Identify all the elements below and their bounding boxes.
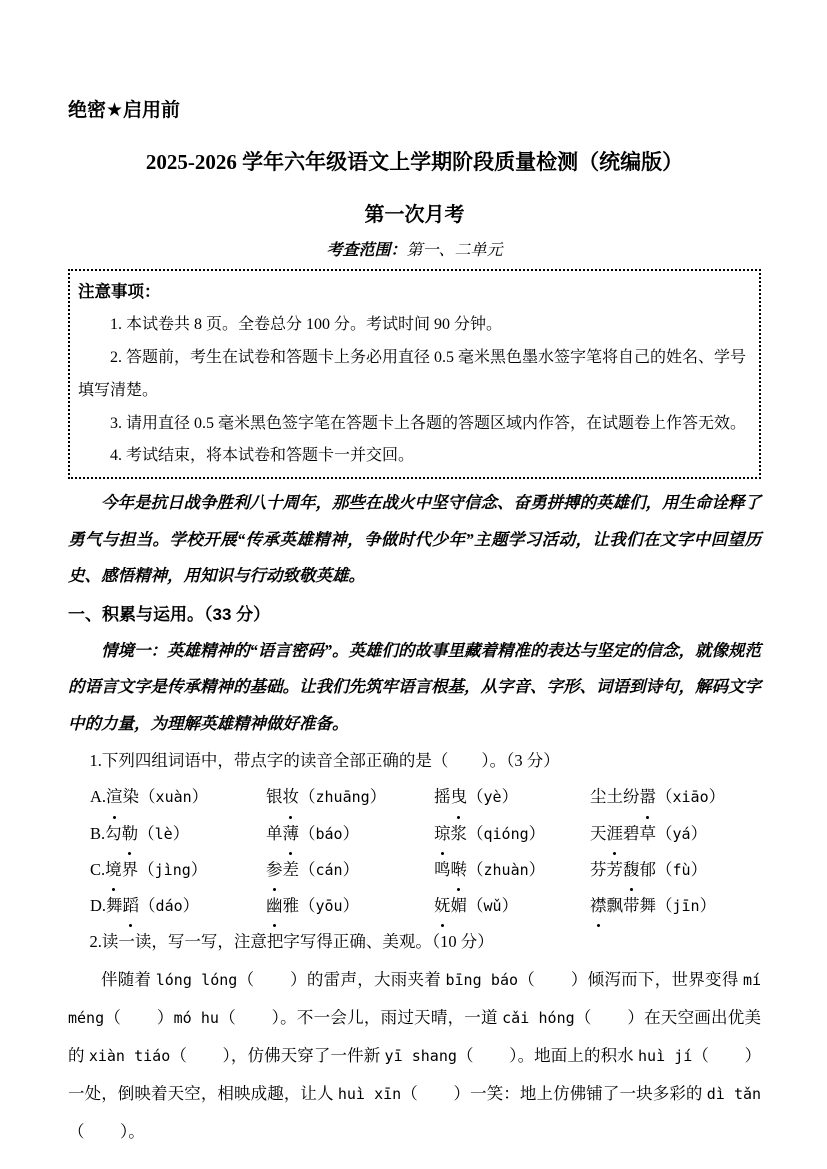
option-row-c: C.境界（jìng）参差（cán）鸣啭（zhuàn）芬芳馥郁（fù） <box>90 852 761 888</box>
answer-blank: （） <box>104 1008 173 1027</box>
answer-blank: （） <box>518 970 588 989</box>
question1-stem: 1.下列四组词语中，带点字的读音全部正确的是（ ）。（3 分） <box>68 743 761 780</box>
emphasis-dot-char: 渲 <box>106 779 123 815</box>
notice-item-4: 4. 考试结束，将本试卷和答题卡一并交回。 <box>78 440 751 473</box>
answer-blank: （） <box>68 1122 128 1141</box>
word-item: 琼浆（qióng） <box>434 816 590 852</box>
answer-blank: （） <box>237 970 307 989</box>
word-item: 参差（cán） <box>266 852 434 888</box>
pinyin-text: mó hu <box>174 1009 219 1027</box>
answer-blank: （） <box>457 1046 518 1065</box>
word-item: 妩媚（wǔ） <box>434 888 590 924</box>
pinyin-text: fù <box>673 861 691 879</box>
section1-heading: 一、积累与运用。（33 分） <box>68 597 761 633</box>
notice-box: 注意事项： 1. 本试卷共 8 页。全卷总分 100 分。考试时间 90 分钟。… <box>68 269 761 479</box>
emphasis-dot-char: 嚣 <box>640 779 657 815</box>
pinyin-text: cǎi hóng <box>502 1009 575 1027</box>
option-label: C. <box>90 860 105 879</box>
notice-heading: 注意事项： <box>78 276 751 309</box>
pinyin-text: jìng <box>155 861 191 879</box>
secret-label: 绝密★启用前 <box>68 100 761 123</box>
answer-blank: （） <box>575 1008 644 1027</box>
pinyin-text: zhuāng <box>316 788 370 806</box>
exam-title: 2025-2026 学年六年级语文上学期阶段质量检测（统编版） <box>68 149 761 175</box>
scope-label: 考查范围： <box>326 242 406 259</box>
pinyin-text: dáo <box>156 897 183 915</box>
emphasis-dot-char: 涯 <box>607 816 624 852</box>
scenario-paragraph: 情境一：英雄精神的“语言密码”。英雄们的故事里藏着精准的表达与坚定的信念，就像规… <box>68 633 761 743</box>
pinyin-text: qióng <box>484 825 529 843</box>
pinyin-text: yōu <box>316 897 343 915</box>
answer-blank: （） <box>692 1046 761 1065</box>
question2-passage: 伴随着 lóng lóng（）的雷声，大雨夹着 bīng báo（）倾泻而下，世… <box>68 961 761 1151</box>
emphasis-dot-char: 啭 <box>451 852 468 888</box>
word-item: D.舞蹈（dáo） <box>90 888 266 924</box>
word-item: 天涯碧草（yá） <box>590 816 761 852</box>
exam-scope-line: 考查范围：第一、二单元 <box>68 241 761 260</box>
emphasis-dot-char: 薄 <box>283 816 300 852</box>
pinyin-text: jīn <box>673 897 700 915</box>
emphasis-dot-char: 勒 <box>122 816 139 852</box>
option-row-d: D.舞蹈（dáo）幽雅（yōu）妩媚（wǔ）襟飘带舞（jīn） <box>90 888 761 924</box>
emphasis-dot-char: 妆 <box>283 779 300 815</box>
pinyin-text: xiàn tiáo <box>89 1047 170 1065</box>
notice-item-2: 2. 答题前，考生在试卷和答题卡上务必用直径 0.5 毫米黑色墨水签字笔将自己的… <box>78 342 751 408</box>
pinyin-text: wǔ <box>484 897 502 915</box>
word-item: B.勾勒（lè） <box>90 816 266 852</box>
answer-blank: （） <box>401 1084 470 1103</box>
option-row-a: A.渲染（xuàn）银妆（zhuāng）摇曳（yè）尘土纷嚣（xiāo） <box>90 779 761 815</box>
word-item: 芬芳馥郁（fù） <box>590 852 761 888</box>
emphasis-dot-char: 襟 <box>590 888 607 924</box>
intro-paragraph: 今年是抗日战争胜利八十周年，那些在战火中坚守信念、奋勇拼搏的英雄们，用生命诠释了… <box>68 485 761 595</box>
emphasis-dot-char: 曳 <box>451 779 468 815</box>
pinyin-text: yī shang <box>385 1047 457 1065</box>
word-item: C.境界（jìng） <box>90 852 266 888</box>
option-label: D. <box>90 896 106 915</box>
option-label: A. <box>90 787 106 806</box>
question2-stem: 2.读一读，写一写，注意把字写得正确、美观。（10 分） <box>68 924 761 961</box>
word-item: 襟飘带舞（jīn） <box>590 888 761 924</box>
pinyin-text: xiāo <box>673 788 709 806</box>
notice-item-1: 1. 本试卷共 8 页。全卷总分 100 分。考试时间 90 分钟。 <box>78 309 751 342</box>
notice-item-3: 3. 请用直径 0.5 毫米黑色签字笔在答题卡上各题的答题区域内作答，在试题卷上… <box>78 408 751 441</box>
word-item: 鸣啭（zhuàn） <box>434 852 590 888</box>
pinyin-text: lè <box>155 825 173 843</box>
pinyin-text: cán <box>316 861 343 879</box>
option-label: B. <box>90 824 105 843</box>
word-item: 单薄（báo） <box>266 816 434 852</box>
word-item: 银妆（zhuāng） <box>266 779 434 815</box>
exam-page: 绝密★启用前 2025-2026 学年六年级语文上学期阶段质量检测（统编版） 第… <box>0 0 827 1169</box>
pinyin-text: lóng lóng <box>156 971 238 989</box>
scope-value: 第一、二单元 <box>407 242 503 259</box>
word-item: 幽雅（yōu） <box>266 888 434 924</box>
option-row-b: B.勾勒（lè）单薄（báo）琼浆（qióng）天涯碧草（yá） <box>90 816 761 852</box>
word-item: A.渲染（xuàn） <box>90 779 266 815</box>
emphasis-dot-char: 妩 <box>434 888 451 924</box>
pinyin-text: báo <box>316 825 343 843</box>
answer-blank: （） <box>219 1008 280 1027</box>
emphasis-dot-char: 琼 <box>434 816 451 852</box>
word-item: 摇曳（yè） <box>434 779 590 815</box>
emphasis-dot-char: 境 <box>105 852 122 888</box>
pinyin-text: dì tǎn <box>707 1085 761 1103</box>
question1-options: A.渲染（xuàn）银妆（zhuāng）摇曳（yè）尘土纷嚣（xiāo）B.勾勒… <box>90 779 761 924</box>
answer-blank: （） <box>170 1046 231 1065</box>
exam-subtitle: 第一次月考 <box>68 203 761 227</box>
pinyin-text: huì jí <box>638 1047 692 1065</box>
emphasis-dot-char: 参 <box>266 852 283 888</box>
emphasis-dot-char: 幽 <box>266 888 283 924</box>
emphasis-dot-char: 馥 <box>623 852 640 888</box>
pinyin-text: xuàn <box>156 788 192 806</box>
word-item: 尘土纷嚣（xiāo） <box>590 779 761 815</box>
pinyin-text: huì xīn <box>338 1085 401 1103</box>
pinyin-text: yá <box>673 825 691 843</box>
emphasis-dot-char: 蹈 <box>123 888 140 924</box>
pinyin-text: zhuàn <box>484 861 529 879</box>
pinyin-text: bīng báo <box>446 971 519 989</box>
pinyin-text: yè <box>484 788 502 806</box>
